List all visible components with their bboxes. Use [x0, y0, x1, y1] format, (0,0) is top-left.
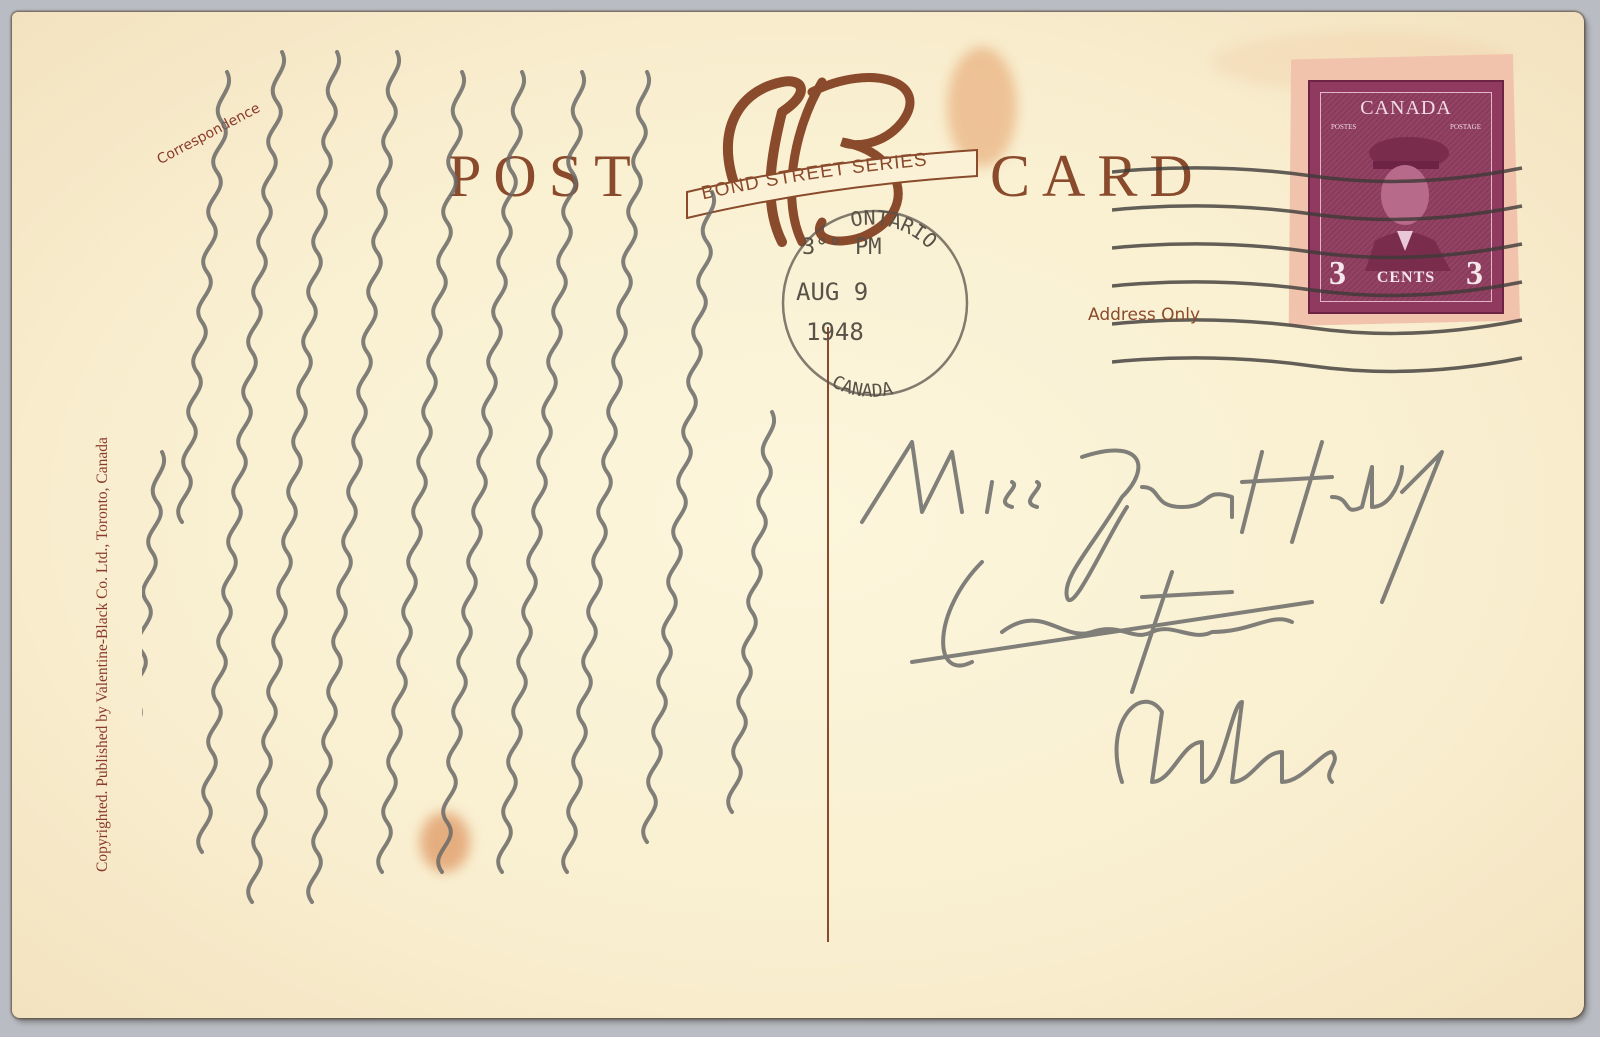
stamp-country: CANADA — [1321, 97, 1491, 120]
address-only-label: Address Only — [1088, 305, 1200, 325]
publisher-credit: Copyrighted. Published by Valentine-Blac… — [94, 437, 112, 872]
postcard-back: Correspondence Copyrighted. Published by… — [12, 12, 1584, 1018]
king-portrait-icon — [1355, 131, 1459, 271]
stamp-face: CANADA POSTES POSTAGE 3 CENTS 3 — [1308, 80, 1504, 314]
card-heading: CARD — [990, 142, 1205, 211]
handwritten-address — [842, 412, 1542, 812]
stamp-caption-right: POSTAGE — [1450, 123, 1481, 131]
address-line-province: Ontario — [12, 12, 13, 13]
address-line-town: Georgetown — [12, 12, 13, 13]
stamp-value: 3 — [1466, 255, 1483, 293]
handwritten-message — [142, 32, 842, 952]
stamp-caption-left: POSTES — [1331, 123, 1356, 131]
postage-stamp: CANADA POSTES POSTAGE 3 CENTS 3 — [1284, 54, 1520, 326]
address-line-name: Miss Jean Harley — [12, 12, 13, 13]
message-transcript: Dear Jean - Ted and having a nice holida… — [12, 12, 13, 13]
